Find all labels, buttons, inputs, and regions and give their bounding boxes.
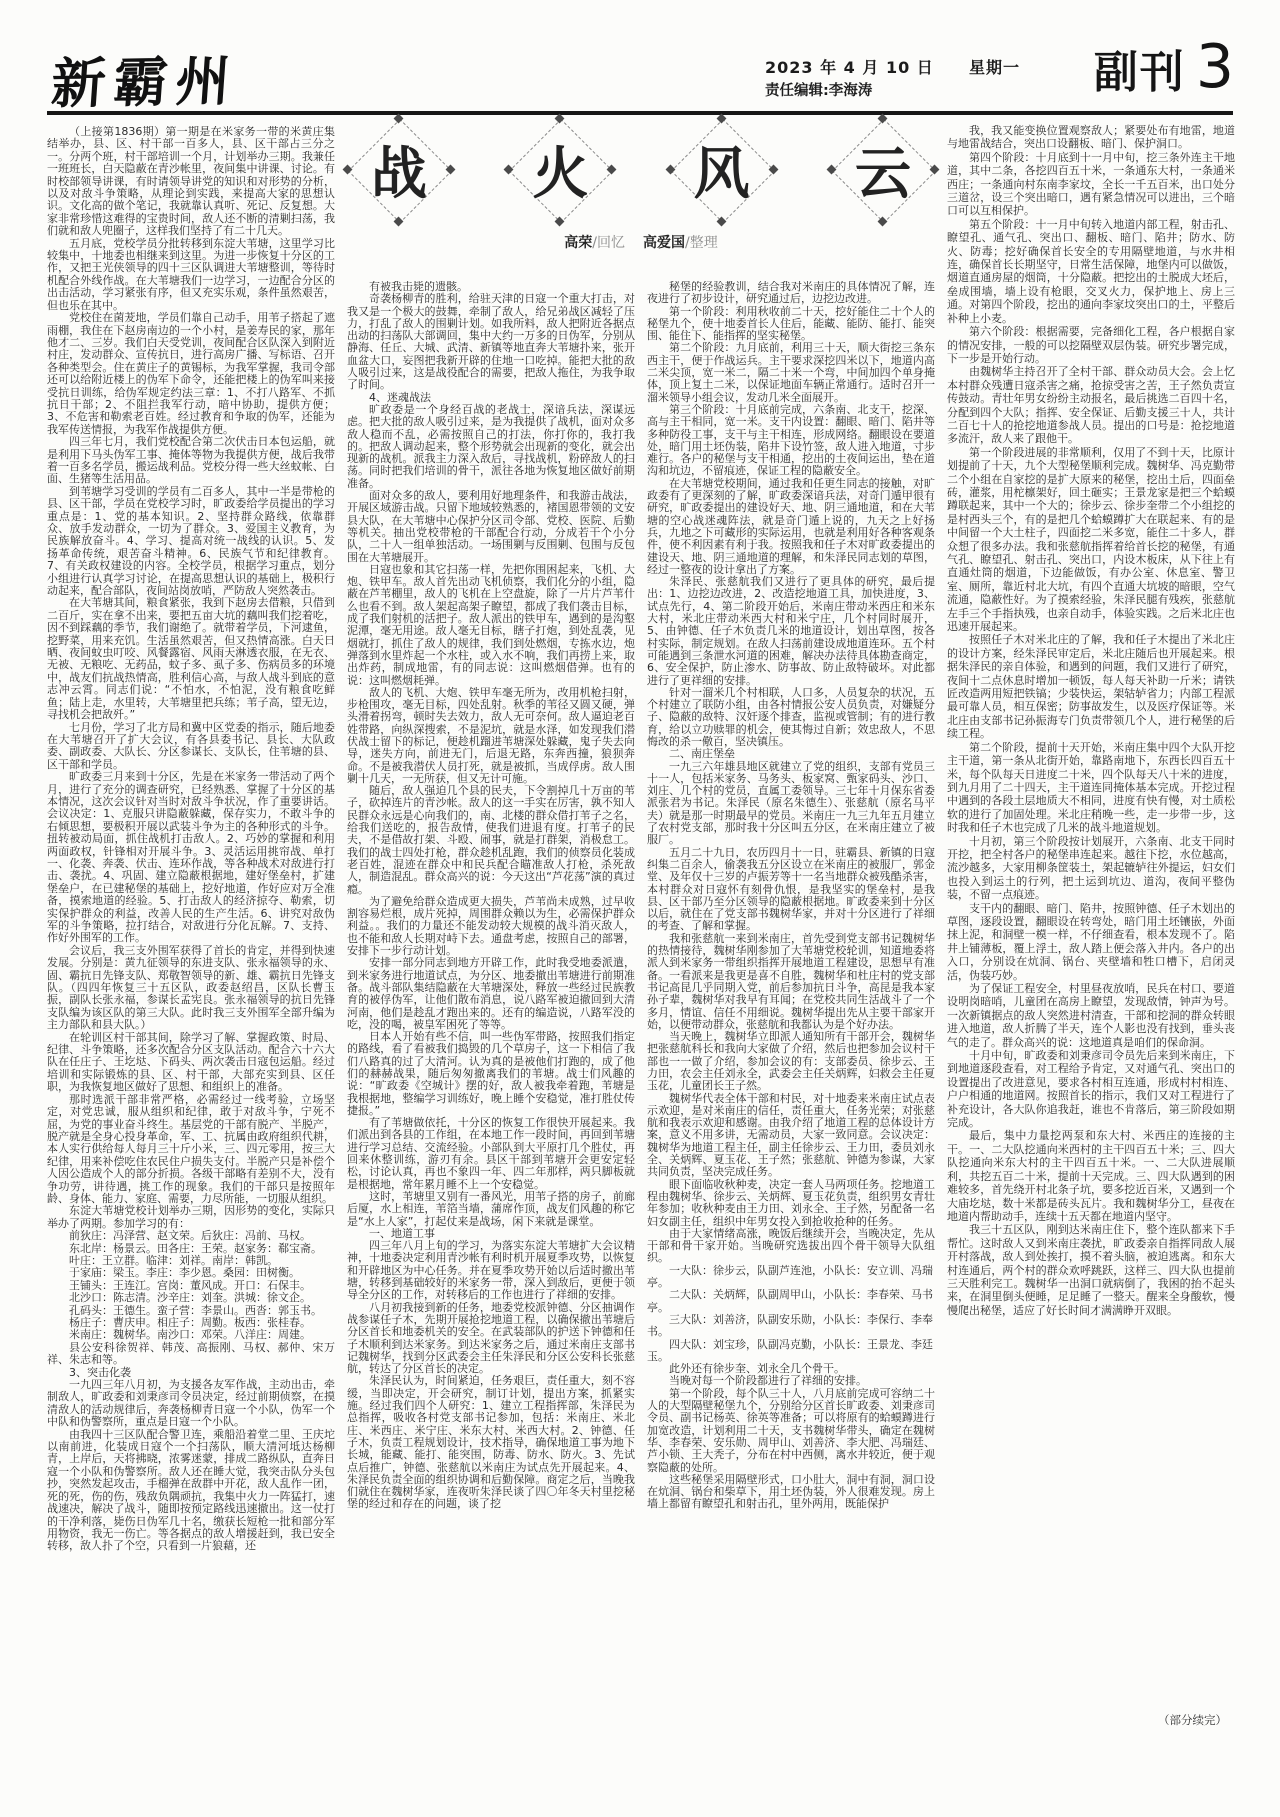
paragraph: 第四个阶段：十月底到十一月中旬，挖三条外连主干地道，其中二条，各挖四百五十米，一… [947,151,1235,218]
paragraph: 敌人的飞机、大炮、铁甲车毫无所为，改用机枪扫射，步枪围攻，毫无目标，四处乱射。秋… [347,687,635,785]
paragraph: 在大苇塘党校期间，通过我和任更生同志的接触，对旷政委有了更深刻的了解，旷政委深谙… [647,478,935,576]
title-char: 云 [831,120,935,220]
paragraph: 第六个阶段：根据需要，完备细化工程，各户根据自家的情况安排，一般的可以挖隔壁双层… [947,325,1235,365]
title-diamond: 战 [347,120,451,220]
paragraph: 日寇也象和其它扫荡一样，先把你围困起来，飞机、大炮、铁甲车。敌人首先出动飞机侦察… [347,564,635,687]
masthead-title: 新霸州 [49,38,241,118]
list-line: 四大队：刘宝珍，队副冯克勤，小队长：王景龙、李廷玉。 [647,1339,935,1364]
paragraph: 我和张慈航一来到米南庄，首先受到党支部书记魏树华的热情接待，魏树华刚参加了大苇塘… [647,933,935,1031]
paragraph: （上接第1836期）第一期是在米家务一带的米黄庄集结举办，县、区、村干部一百多人… [47,126,335,238]
article-column-4: 我，我又能变换位置观察敌人；紧要处布有地雷，地道与地雷战结合，突出口设翻板、暗门… [947,124,1235,1317]
paragraph: 县公安科徐贺祥、韩茂、高振刚、马权、郝仲、宋万祥、朱志和等。 [47,1342,335,1367]
byline: 高荣/回忆高爱国/整理 [347,232,935,252]
paragraph: 有了苇塘做依托，十分区的恢复工作很快开展起来。我们派出到各县的工作组，在本地工作… [347,1117,635,1191]
date-text: 2023 年 4 月 10 日 [765,58,934,77]
article-column-2: 有被我击毙的遗骸。奇袭杨柳青的胜利，给驻天津的日寇一个重大打击，对我又是一个极大… [347,281,635,1511]
article-title-block: 战 火 风 云 高荣/回忆高爱国/整理 [347,120,935,252]
paragraph: 在轮训区村干部其间，除学习了解、掌握政策、时局、纪律、斗争策略，还多次配合分区支… [47,1032,335,1094]
paragraph: 随后，敌人强迫几个县的民夫，下令割掉几十万亩的苇子，砍掉连片的青沙帐。敌人的这一… [347,785,635,896]
paragraph: 由我四十三区队配合警卫连，乘船沿着堂二里、王庆坨以南前进，化装成日寇个一个扫荡队… [47,1429,335,1553]
list-line: 三大队：刘善济，队副安乐勋，小队长：李保行、李奉书。 [647,1314,935,1339]
paragraph: 那时选派干部非常严格，必需经过一线考验，立场坚定，对党忠诚，服从组织和纪律，敢于… [47,1094,335,1206]
paragraph: 七月份，学习了北方局和冀中区党委的指示，随后地委在大苇塘召开了扩大会议，有各县委… [47,722,335,772]
list-line: 米南庄：魏树华。南沙口：邓荣。八洋庄：周建。 [47,1329,335,1341]
list-line: 于家庙：梁玉。李庄：李少恩。桑园：田树衡。 [47,1267,335,1279]
paragraph: 十月中旬，旷政委和刘秉彦司令员先后来到米南庄，下到地道逐段查看，对工程给予肯定，… [947,1049,1235,1129]
paragraph: 东淀大苇塘党校计划举办三期，因形势的变化，实际只举办了两期。参加学习的有： [47,1205,335,1230]
paragraph: 奇袭杨柳青的胜利，给驻天津的日寇一个重大打击，对我又是一个极大的鼓舞，牵制了敌人… [347,293,635,391]
paragraph: 朱泽民认为，时间紧迫，任务艰巨，责任重大，刻不容缓，当即决定，开会研究，制订计划… [347,1375,635,1510]
paragraph: 最后，集中力量挖两泵和东大村、米西庄的连接的主干。一、二大队挖通向米西村的主干四… [947,1129,1235,1223]
byline-author: 高爱国 [643,235,685,251]
paragraph: 我三十五区队，刚到达米南庄住下，整个连队都来下手帮忙。这时敌人又到米南庄袭扰，旷… [947,1223,1235,1317]
paragraph: 一九三六年雄县地区就建立了党的组织，支部有党员三十一人，包括米家务、马务头、板家… [647,761,935,847]
list-line: 二大队：关炳辉，队副周甲山，小队长：李春荣、马书亭。 [647,1289,935,1314]
paragraph: 第五个阶段：十一月中旬转入地道内部工程，射击孔、瞭望孔、通气孔、突出口、翻板、暗… [947,218,1235,325]
title-diamond: 火 [508,120,612,220]
date-line: 2023 年 4 月 10 日 星期一 [765,56,1020,79]
paragraph: 我，我又能变换位置观察敌人；紧要处布有地雷，地道与地雷战结合，突出口设翻板、暗门… [947,124,1235,151]
paragraph: 四三年七月，我们党校配合第二次伏击日本包运船，就是利用下马头伪军工事、掩体等物为… [47,436,335,486]
paragraph: 针对一溜米几个村相联，人口多，人员复杂的状况，五个村建立了联防小组，由各村情报公… [647,687,935,748]
paragraph: 八月初我接到新的任务，地委党校派钟德、分区抽调作战参谋任子木，先期开展抢挖地道工… [347,1302,635,1376]
paragraph: 魏树华代表全体干部和村民，对十地委来米南庄试点表示欢迎，是对米南庄的信任，责任重… [647,1093,935,1179]
weekday-text: 星期一 [969,58,1020,77]
editor-line: 责任编辑:李海涛 [765,81,1020,102]
list-line: 一大队：徐步云，队副芦连池，小队长：安立训、冯瑞亭。 [647,1265,935,1290]
paragraph: 日本人开始有些不信，叫一些伪军带路，按照我们指定的路线，看了看被我们捣毁的几个草… [347,1031,635,1117]
title-char: 风 [670,120,774,220]
page-label-block: 副刊 3 [1094,40,1234,95]
newspaper-page: 新霸州 2023 年 4 月 10 日 星期一 责任编辑:李海涛 副刊 3 战 … [0,0,1280,1817]
header-divider [47,111,1233,115]
paragraph: 第一个阶段：利用秋收前二十天，挖好能住二十个人的秘堡九个，使十地委首长人住后，能… [647,306,935,343]
paragraph: 第一个阶段，每个队三十人，八月底前完成可容纳二十人的大型隔壁秘堡九个，分别给分区… [647,1388,935,1474]
paragraph: 一九四三年八月初，为支援各友军作战，主动出击，牵制敌人，旷政委和刘秉彦司令员决定… [47,1379,335,1429]
paragraph: 第二个阶段：九月底前，利用三十天，顺大街挖三条东西主干，便于作战运兵。主干要求深… [647,342,935,403]
paragraph: 支干内的翻眼、暗门、陷井，按照钟德、任子木划出的草图，逐段设置，翻眼设在转弯处，… [947,902,1235,982]
paragraph: 旷政委三月来到十分区，先是在米家务一带活动了两个月，进行了充分的调查研究，已经熟… [47,771,335,945]
byline-role: 整理 [690,235,718,251]
end-note: （部分续完） [947,1712,1233,1728]
paragraph: 由于大家情绪高涨，晚饭后继续开会，当晚决定，先从干部和骨干家开始。当晚研究选拔出… [647,1228,935,1265]
title-char: 战 [347,120,451,220]
paragraph: 这时，苇塘里又别有一番风光，用苇子搭的房子，前廊后厦，水上相连，苇箔当墙，蒲席作… [347,1191,635,1228]
paragraph: 十月初，第三个阶段按计划展开，六条南、北支干同时开挖，把全村各户的秘堡串连起来。… [947,835,1235,902]
paragraph: 第二个阶段，提前十天开始，米南庄集中四个大队开挖主干道，第一条从北街开始，靠路南… [947,741,1235,835]
title-diamond: 风 [670,120,774,220]
title-diamond-row: 战 火 风 云 [347,120,935,220]
list-line: 当晚对每一个阶段都进行了祥细的安排。 [647,1375,935,1387]
paragraph: 在大苇塘其间，粮食紧张，我到下赵房去借粮，只借到二百斤，实在拿不出来，要把五亩大… [47,597,335,721]
paragraph: 眼下面临收秋种麦，决定一套人马两项任务。挖地道工程由魏树华、徐步云、关炳辉、夏玉… [647,1179,935,1228]
paragraph: 到苇塘学习受训的学员有二百多人，其中一半是带枪的县、区干部，学员在党校学习时，旷… [47,486,335,598]
subhead: 二、南庄堡垒 [647,748,935,760]
paragraph: 朱泽民、张慈航我们又进行了更具体的研究，最后提出：1、边挖边改进，2、改造挖地道… [647,576,935,687]
paragraph: 秘堡的经验教训，结合我对米南庄的具体情况了解，连夜进行了初步设计，研究通过后，边… [647,281,935,306]
paragraph: 按照任子木对米北庄的了解，我和任子木提出了米北庄的设计方案，经朱泽民审定后，米北… [947,633,1235,740]
paragraph: 面对众多的敌人，要利用好地理条件，和我游击战法，开展区域游击战。只留下地域较熟悉… [347,490,635,564]
list-line: 前狄庄：冯泽营、赵文荣。后狄庄：冯前、马权。 [47,1230,335,1242]
title-diamond: 云 [831,120,935,220]
paragraph: 五月底，党校学员分批转移到东淀大苇塘，这里学习比较集中，十地委也相继来到这里。为… [47,238,335,312]
paragraph: 安排一部分同志到地方开辟工作，此时我受地委派遣，到米家务进行地道试点，为分区、地… [347,957,635,1031]
byline-author: 高荣 [564,235,592,251]
paragraph: 党校住在菌茇地，学员们靠自己动手，用苇子搭起了遮雨棚，我住在下赵房南边的一个小村… [47,312,335,436]
paragraph: 为了保证工程安全，村里昼夜放哨，民兵在村口、要道设明岗暗哨，儿童团在高房上瞭望，… [947,982,1235,1049]
list-line: 北沙口：陈志清。沙辛庄：刘奎。洪城：徐文企。 [47,1292,335,1304]
title-char: 火 [508,120,612,220]
paragraph: 为了避免给群众造成更大损失，芦苇尚未成熟，过早收割容易烂根，成片死掉，周围群众赖… [347,896,635,957]
section-name: 副刊 [1094,51,1186,95]
paragraph: 第三个阶段：十月底前完成，六条南、北支干，挖深、高与主干相同，宽一米。支干内设置… [647,404,935,478]
paragraph: 四三年八月上旬的学习，为落实东淀大苇塘扩大会议精神，十地委决定利用青沙帐有利时机… [347,1240,635,1301]
header-date-block: 2023 年 4 月 10 日 星期一 责任编辑:李海涛 [765,56,1020,102]
paragraph: 会议后，我三支外围军获得了首长的肯定，并得到快速发展。分别是：黄九征领导的东进支… [47,945,335,1032]
paragraph: 第一个阶段进展的非常顺利，仅用了不到十天，比原计划提前了十天，九个大型秘堡顺利完… [947,446,1235,634]
paragraph: 当天晚上，魏树华立即派人通知所有干部开会，魏树华把张慈航科长和我向大家做了介绍，… [647,1031,935,1092]
article-column-1: （上接第1836期）第一期是在米家务一带的米黄庄集结举办，县、区、村干部一百多人… [47,126,335,1553]
byline-role: 回忆 [597,235,625,251]
page-number: 3 [1196,40,1234,95]
paragraph: 由魏树华主持召开了全村干部、群众动员大会。会上忆本村群众残遭日寇杀害之痛，抢掠受… [947,365,1235,445]
paragraph: 这些秘堡采用隔壁形式，口小肚大，洞中有洞，洞口设在炕洞、锅台和柴草下，用土坯伪装… [647,1474,935,1511]
paragraph: 五月二十九日，农历四月十一日，驻霸县、新镇的日寇纠集二百余人，偷袭我五分区设立在… [647,847,935,933]
article-column-3: 秘堡的经验教训，结合我对米南庄的具体情况了解，连夜进行了初步设计，研究通过后，边… [647,281,935,1511]
paragraph: 旷政委是一个身经百战的老战士，深谙兵法，深谋远虑。把大批的敌人吸引过来，是为我提… [347,404,635,490]
